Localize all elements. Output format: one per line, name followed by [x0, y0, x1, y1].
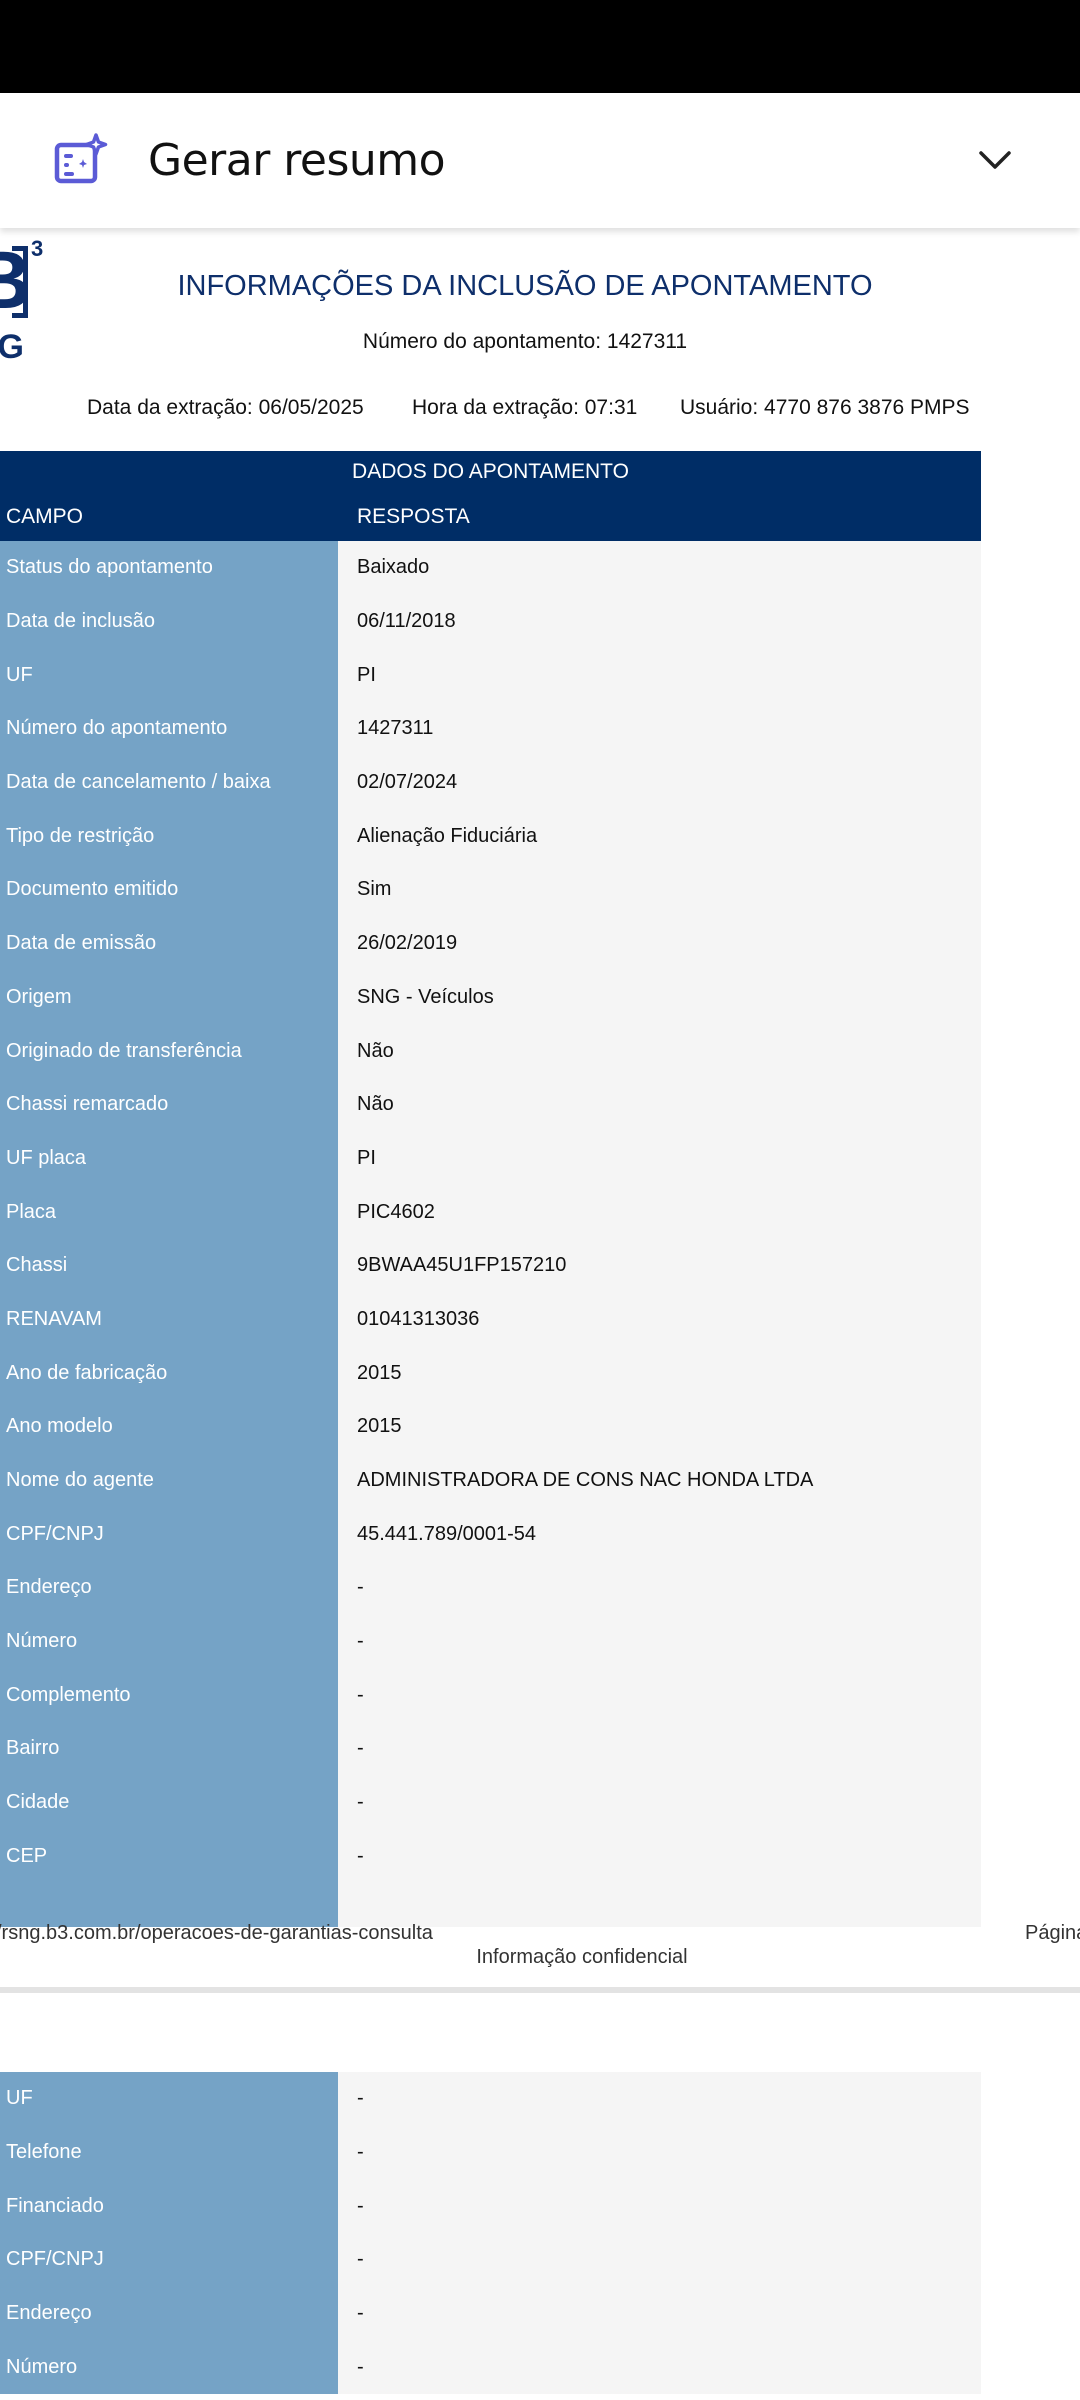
column-header-resposta: RESPOSTA [338, 493, 981, 541]
field-label: CEP [0, 1830, 338, 1884]
chevron-down-icon[interactable] [975, 145, 1015, 175]
field-value: PI [338, 648, 981, 702]
field-label: Tipo de restrição [0, 809, 338, 863]
logo-superscript: 3 [31, 236, 43, 262]
field-value: - [338, 1830, 981, 1884]
field-value: 02/07/2024 [338, 756, 981, 810]
footer-page-number: Página [1025, 1922, 1080, 1945]
table-row: Cidade- [0, 1776, 981, 1830]
field-label: Chassi remarcado [0, 1078, 338, 1132]
field-value: Não [338, 1078, 981, 1132]
field-label: Ano de fabricação [0, 1346, 338, 1400]
table-row: Ano de fabricação2015 [0, 1346, 981, 1400]
field-value: 1427311 [338, 702, 981, 756]
table-row: Número- [0, 2340, 981, 2394]
field-label: Data de cancelamento / baixa [0, 756, 338, 810]
field-label: Nome do agente [0, 1454, 338, 1508]
field-value: - [338, 1561, 981, 1615]
table-row: Número do apontamento1427311 [0, 702, 981, 756]
field-label: Número do apontamento [0, 702, 338, 756]
field-value: 01041313036 [338, 1293, 981, 1347]
table-row: Bairro- [0, 1722, 981, 1776]
field-label: Número [0, 2340, 338, 2394]
table-row-padding [0, 1883, 981, 1927]
table-row: Número- [0, 1615, 981, 1669]
table-row: Ano modelo2015 [0, 1400, 981, 1454]
extraction-date: Data da extração: 06/05/2025 [87, 396, 364, 420]
field-value: - [338, 1776, 981, 1830]
table-row: Nome do agenteADMINISTRADORA DE CONS NAC… [0, 1454, 981, 1508]
table-row: Telefone- [0, 2126, 981, 2180]
field-value: - [338, 2233, 981, 2287]
field-value: 2015 [338, 1400, 981, 1454]
section-title: DADOS DO APONTAMENTO [0, 451, 981, 493]
table-row: Endereço- [0, 1561, 981, 1615]
field-value: 45.441.789/0001-54 [338, 1507, 981, 1561]
table-row: Data de emissão26/02/2019 [0, 917, 981, 971]
field-value: 06/11/2018 [338, 595, 981, 649]
table-row: Chassi remarcadoNão [0, 1078, 981, 1132]
field-value-empty [338, 1883, 981, 1927]
table-row: CEP- [0, 1830, 981, 1884]
footer-confidential: Informação confidencial [0, 1946, 1080, 1969]
field-label: Documento emitido [0, 863, 338, 917]
table-row: RENAVAM01041313036 [0, 1293, 981, 1347]
table-row: UF placaPI [0, 1132, 981, 1186]
ai-summary-icon[interactable] [52, 133, 108, 189]
table-row: CPF/CNPJ- [0, 2233, 981, 2287]
field-value: Alienação Fiduciária [338, 809, 981, 863]
field-value: - [338, 1615, 981, 1669]
table-row: Data de cancelamento / baixa02/07/2024 [0, 756, 981, 810]
table-row: Chassi9BWAA45U1FP157210 [0, 1239, 981, 1293]
table-row: OrigemSNG - Veículos [0, 971, 981, 1025]
summary-bar[interactable]: Gerar resumo [0, 93, 1080, 228]
field-label: Telefone [0, 2126, 338, 2180]
document-subtitle: Número do apontamento: 1427311 [0, 330, 1050, 354]
field-label: Endereço [0, 1561, 338, 1615]
field-value: - [338, 2179, 981, 2233]
dados-table-continued: UF-Telefone-Financiado-CPF/CNPJ-Endereço… [0, 2072, 981, 2394]
field-value: SNG - Veículos [338, 971, 981, 1025]
summary-title[interactable]: Gerar resumo [148, 133, 445, 189]
table-row: Data de inclusão06/11/2018 [0, 595, 981, 649]
table-row: PlacaPIC4602 [0, 1185, 981, 1239]
field-label: Origem [0, 971, 338, 1025]
extraction-time: Hora da extração: 07:31 [412, 396, 637, 420]
table-body-page-2: UF-Telefone-Financiado-CPF/CNPJ-Endereço… [0, 2072, 981, 2394]
table-row: Status do apontamentoBaixado [0, 541, 981, 595]
status-bar [0, 0, 1080, 93]
field-label: UF [0, 2072, 338, 2126]
field-label: Bairro [0, 1722, 338, 1776]
field-label: Cidade [0, 1776, 338, 1830]
field-label: Financiado [0, 2179, 338, 2233]
field-label: Chassi [0, 1239, 338, 1293]
field-value: - [338, 1722, 981, 1776]
field-label: Originado de transferência [0, 1024, 338, 1078]
table-row: Originado de transferênciaNão [0, 1024, 981, 1078]
table-row: Complemento- [0, 1668, 981, 1722]
field-label: CPF/CNPJ [0, 1507, 338, 1561]
table-row: UF- [0, 2072, 981, 2126]
document-page-1: B 3 NG INFORMAÇÕES DA INCLUSÃO DE APONTA… [0, 228, 1080, 1988]
field-value: PI [338, 1132, 981, 1186]
table-row: Tipo de restriçãoAlienação Fiduciária [0, 809, 981, 863]
table-row: Documento emitidoSim [0, 863, 981, 917]
field-label: Data de emissão [0, 917, 338, 971]
field-value: - [338, 2340, 981, 2394]
field-value: 9BWAA45U1FP157210 [338, 1239, 981, 1293]
field-value: - [338, 2072, 981, 2126]
field-value: 2015 [338, 1346, 981, 1400]
user-id: Usuário: 4770 876 3876 PMPS [680, 396, 970, 420]
field-label: UF placa [0, 1132, 338, 1186]
field-value: PIC4602 [338, 1185, 981, 1239]
field-label: Status do apontamento [0, 541, 338, 595]
field-value: Sim [338, 863, 981, 917]
field-label: Data de inclusão [0, 595, 338, 649]
field-label: Número [0, 1615, 338, 1669]
field-value: ADMINISTRADORA DE CONS NAC HONDA LTDA [338, 1454, 981, 1508]
field-value: - [338, 2287, 981, 2341]
footer-url: /rsng.b3.com.br/operacoes-de-garantias-c… [0, 1922, 433, 1945]
field-label: Placa [0, 1185, 338, 1239]
field-value: Não [338, 1024, 981, 1078]
field-value: 26/02/2019 [338, 917, 981, 971]
table-row: CPF/CNPJ45.441.789/0001-54 [0, 1507, 981, 1561]
field-value: - [338, 2126, 981, 2180]
field-label-empty [0, 1883, 338, 1927]
field-label: Ano modelo [0, 1400, 338, 1454]
table-body-page-1: Status do apontamentoBaixadoData de incl… [0, 541, 981, 1927]
document-page-2: UF-Telefone-Financiado-CPF/CNPJ-Endereço… [0, 1993, 1080, 2400]
column-header-campo: CAMPO [0, 493, 338, 541]
dados-table: DADOS DO APONTAMENTO CAMPO RESPOSTA Stat… [0, 451, 981, 1927]
field-label: Complemento [0, 1668, 338, 1722]
field-label: Endereço [0, 2287, 338, 2341]
table-row: Financiado- [0, 2179, 981, 2233]
table-row: UFPI [0, 648, 981, 702]
field-label: RENAVAM [0, 1293, 338, 1347]
field-label: CPF/CNPJ [0, 2233, 338, 2287]
table-row: Endereço- [0, 2287, 981, 2341]
field-value: - [338, 1668, 981, 1722]
field-value: Baixado [338, 541, 981, 595]
document-title: INFORMAÇÕES DA INCLUSÃO DE APONTAMENTO [0, 270, 1050, 303]
field-label: UF [0, 648, 338, 702]
